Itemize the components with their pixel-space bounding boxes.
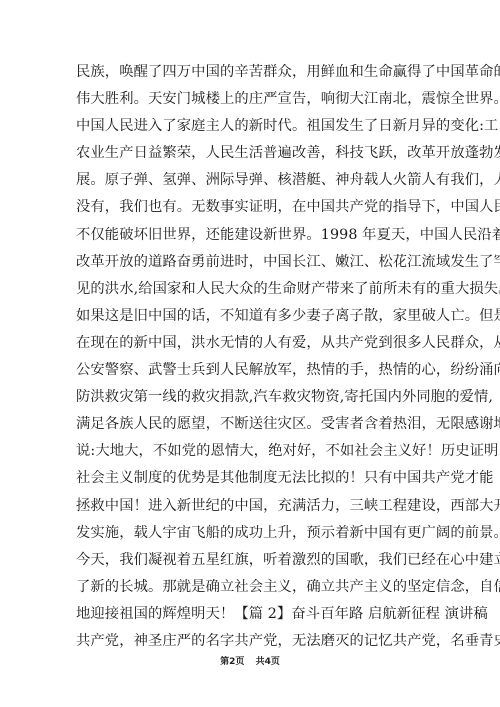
text-line: 说:大地大，不如党的恩情大，绝对好，不如社会主义好！历史证明: [76,441,426,468]
body-text: 民族，唤醒了四万中国的辛苦群众，用鲜血和生命赢得了中国革命的 伟大胜利。天安门城… [76,62,426,658]
text-line: 发实施，载人宇宙飞船的成功上升，预示着新中国有更广阔的前景。 [76,523,426,550]
text-line: 中国人民进入了家庭主人的新时代。祖国发生了日新月异的变化:工 [76,116,426,143]
text-line: 改革开放的道路奋勇前进时，中国长江、嫩江、松花江流域发生了罕 [76,252,426,279]
text-line: 没有，我们也有。无数事实证明，在中国共产党的指导下，中国人民 [76,197,426,224]
text-line: 伟大胜利。天安门城楼上的庄严宣告，响彻大江南北，震惊全世界。 [76,89,426,116]
text-line: 如果这是旧中国的话，不知道有多少妻子离子散，家里破人亡。但是， [76,306,426,333]
text-line: 地迎接祖国的辉煌明天！【篇 2】奋斗百年路 启航新征程 演讲稿 [76,604,426,631]
text-line: 防洪救灾第一线的救灾捐款,汽车救灾物资,寄托国内外同胞的爱情, [76,387,426,414]
text-line: 展。原子弹、氢弹、洲际导弹、核潜艇、神舟载人火箭人有我们，人 [76,170,426,197]
text-line: 见的洪水,给国家和人民大众的生命财产带来了前所未有的重大损失。 [76,279,426,306]
current-page-number: 第2页 [220,657,244,667]
text-line: 拯救中国！进入新世纪的中国，充满活力，三峡工程建设，西部大开 [76,496,426,523]
text-line: 满足各族人民的愿望，不断送往灾区。受害者含着热泪，无限感谢地 [76,414,426,441]
document-page: 民族，唤醒了四万中国的辛苦群众，用鲜血和生命赢得了中国革命的 伟大胜利。天安门城… [0,0,500,707]
text-line: 不仅能破坏旧世界，还能建设新世界。1998 年夏天，中国人民沿着 [76,225,426,252]
text-line: 社会主义制度的优势是其他制度无法比拟的！只有中国共产党才能 [76,468,426,495]
text-line: 农业生产日益繁荣，人民生活普遍改善，科技飞跃，改革开放蓬勃发 [76,143,426,170]
text-line: 在现在的新中国，洪水无情的人有爱，从共产党到很多人民群众，从 [76,333,426,360]
total-pages: 共4页 [256,657,280,667]
text-line: 了新的长城。那就是确立社会主义，确立共产主义的坚定信念，自信 [76,577,426,604]
text-line: 今天，我们凝视着五星红旗，听着激烈的国歌，我们已经在心中建立 [76,550,426,577]
text-line: 民族，唤醒了四万中国的辛苦群众，用鲜血和生命赢得了中国革命的 [76,62,426,89]
page-footer: 第2页 共4页 [0,654,500,667]
text-line: 公安警察、武警士兵到人民解放军，热情的手，热情的心，纷纷涌向 [76,360,426,387]
